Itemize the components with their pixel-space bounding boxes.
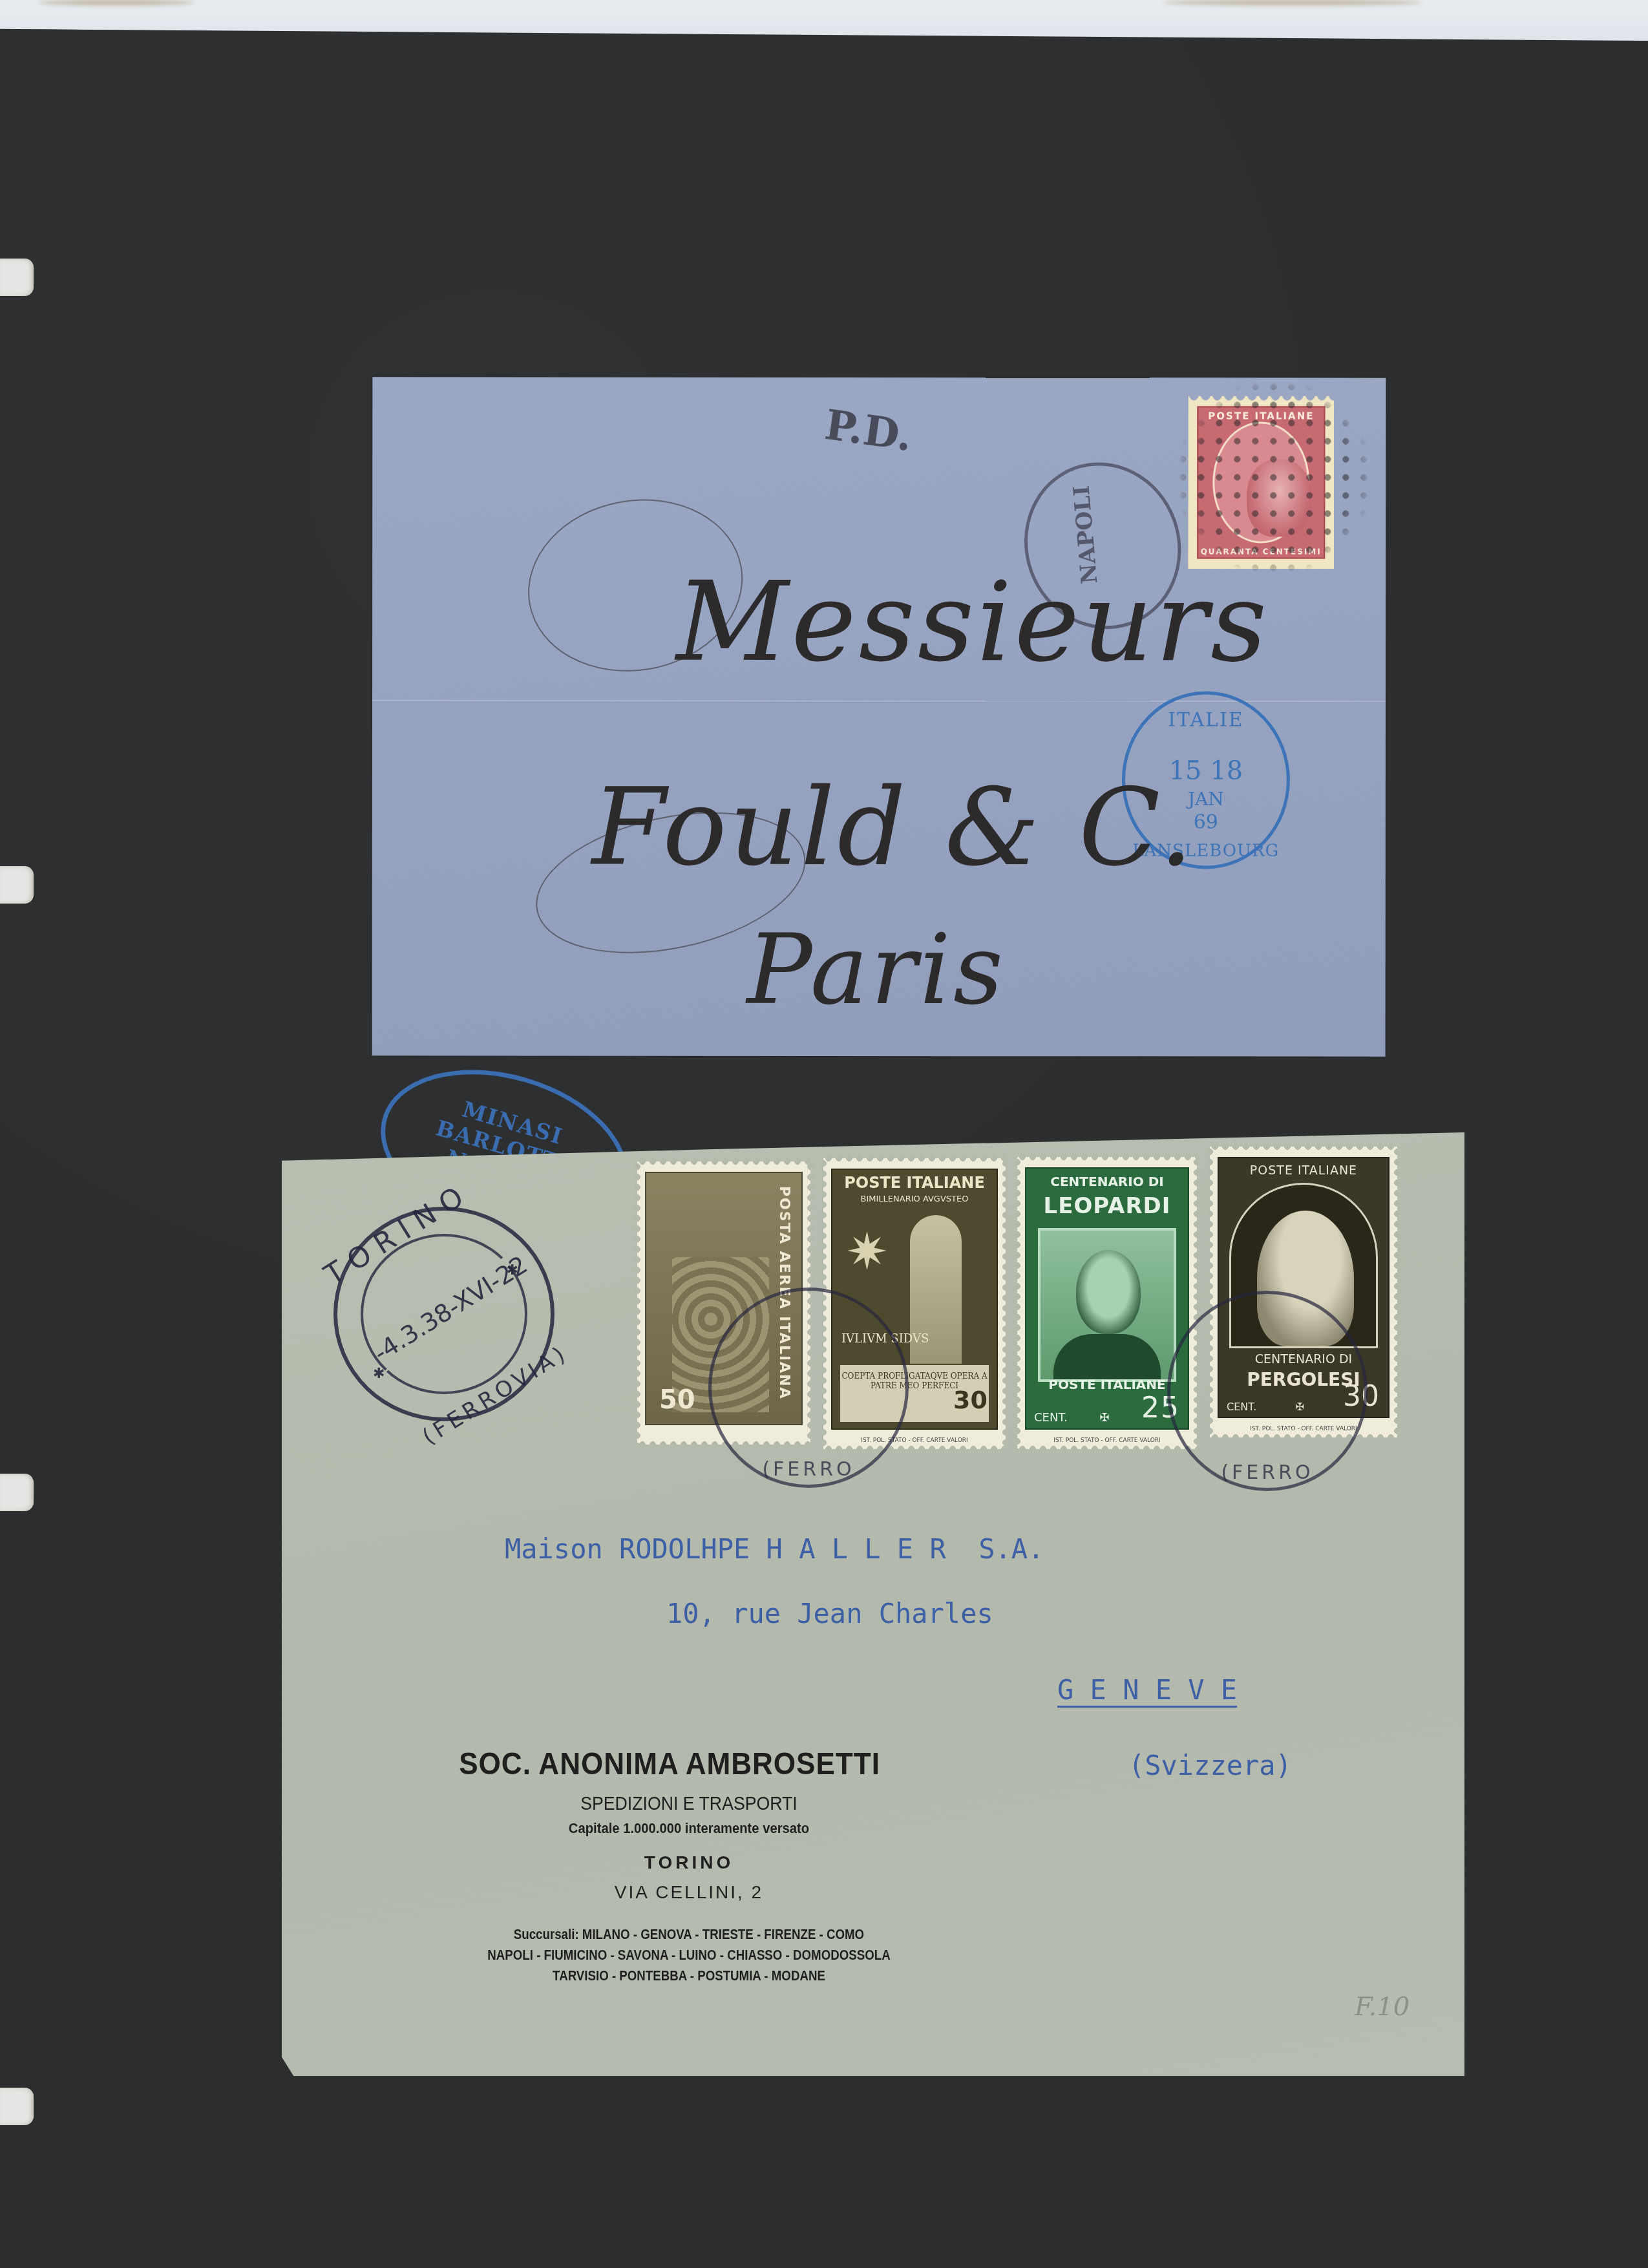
tie-postmark: (FERRO — [1167, 1291, 1368, 1491]
sender-letterhead: SOC. ANONIMA AMBROSETTI SPEDIZIONI E TRA… — [398, 1746, 980, 1986]
recipient-line-2: 10, rue Jean Charles — [666, 1598, 993, 1629]
punch-hole — [0, 866, 34, 904]
stamp-value: 30 — [953, 1386, 988, 1414]
punch-hole — [0, 1474, 34, 1511]
leopardi-portrait-icon — [1076, 1250, 1141, 1334]
recipient-line-1: Maison RODOLHPE H A L L E R S.A. — [505, 1533, 1044, 1565]
recipient-country: (Svizzera) — [1128, 1750, 1292, 1781]
comet-star-icon: ✷ — [845, 1222, 889, 1282]
company-name: SOC. ANONIMA AMBROSETTI — [384, 1746, 955, 1782]
address-line-3: Paris — [747, 914, 1006, 1026]
torino-ferrovia-postmark: TORINO -4.3.38-XVI-22 (FERROVIA) ✱ ✱ — [333, 1207, 555, 1421]
stamp-value: 50 — [659, 1385, 695, 1415]
page-stain — [39, 0, 194, 5]
address-line-1: Messieurs — [676, 558, 1269, 687]
page-stain — [1163, 0, 1422, 5]
tie-postmark: (FERRO — [708, 1288, 909, 1488]
savoy-crest-icon: ✠ — [1099, 1411, 1109, 1425]
recipient-city: G E N E V E — [1057, 1674, 1237, 1706]
punch-hole — [0, 259, 34, 296]
star-icon: ✱ — [507, 1262, 518, 1278]
cover-1869-napoli-to-paris[interactable]: P.D. NAPOLI POSTE ITALIANE QUARANTA CENT… — [372, 377, 1386, 1056]
dotted-numeral-cancel — [1174, 377, 1374, 578]
stamp-subject-name: LEOPARDI — [1026, 1193, 1188, 1219]
cover-1938-torino-to-geneve[interactable]: TORINO -4.3.38-XVI-22 (FERROVIA) ✱ ✱ POS… — [282, 1132, 1464, 2076]
star-icon: ✱ — [373, 1366, 385, 1382]
address-line-2: Fould & C. — [592, 765, 1196, 890]
punch-hole — [0, 2088, 34, 2125]
pencil-note: F.10 — [1355, 1992, 1410, 2022]
pd-marking: P.D. — [822, 401, 915, 461]
